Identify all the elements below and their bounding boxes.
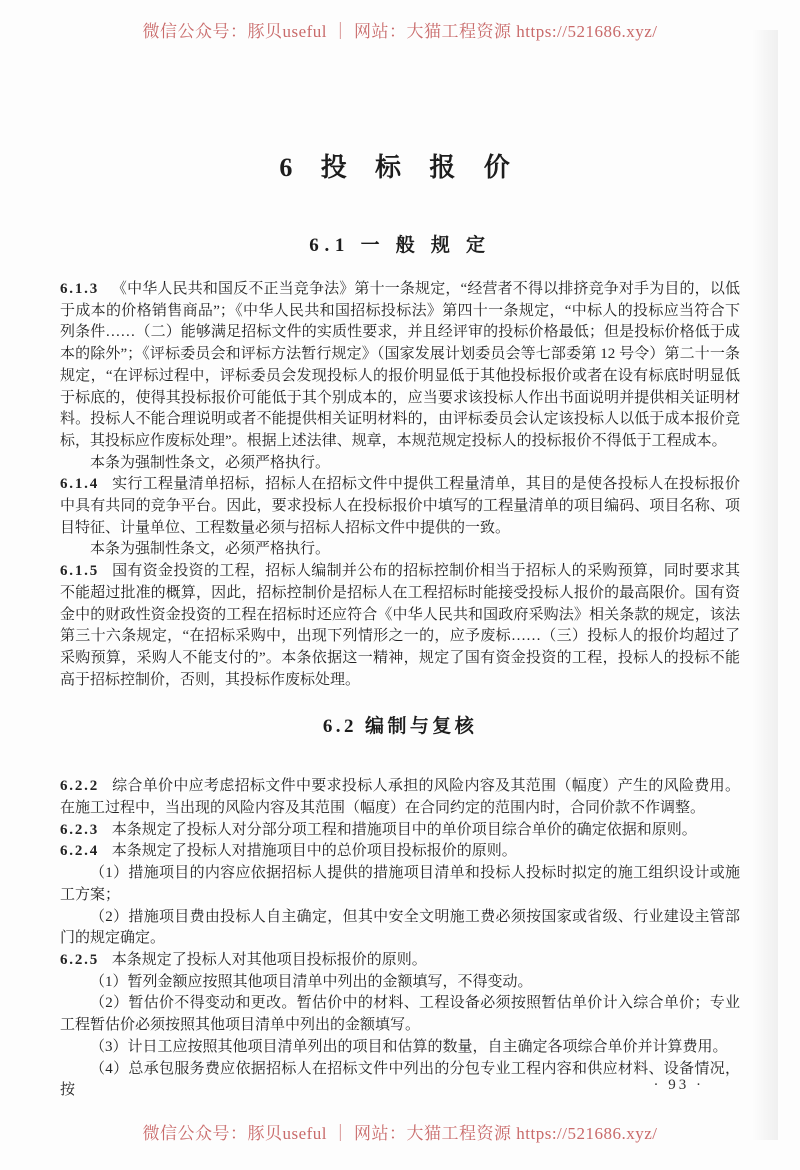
clause-text: 综合单价中应考虑招标文件中要求投标人承担的风险内容及其范围（幅度）产生的风险费用… [60,778,740,816]
subitem-2: （2）措施项目费由投标人自主确定，但其中安全文明施工费必须按国家或省级、行业建设… [60,907,740,950]
subitem-3: （3）计日工应按照其他项目清单列出的项目和估算的数量，自主确定各项综合单价并计算… [60,1037,740,1059]
clause-number: 6.2.3 [60,822,99,838]
clause-6-2-2: 6.2.2综合单价中应考虑招标文件中要求投标人承担的风险内容及其范围（幅度）产生… [60,776,740,819]
mandatory-note: 本条为强制性条文，必须严格执行。 [60,453,740,475]
subitem-2: （2）暂估价不得变动和更改。暂估价中的材料、工程设备必须按照暂估单价计入综合单价… [60,993,740,1036]
scanned-book-page: 微信公众号：豚贝useful ｜ 网站：大猫工程资源 https://52168… [0,0,800,1170]
clause-text: 本条规定了投标人对分部分项工程和措施项目中的单价项目综合单价的确定依据和原则。 [112,822,697,838]
clause-6-2-3: 6.2.3本条规定了投标人对分部分项工程和措施项目中的单价项目综合单价的确定依据… [60,820,740,842]
subitem-1: （1）措施项目的内容应依据招标人提供的措施项目清单和投标人投标时拟定的施工组织设… [60,863,740,906]
clause-text: 国有资金投资的工程，招标人编制并公布的招标控制价相当于招标人的采购预算，同时要求… [60,563,740,688]
clause-text: 本条规定了投标人对措施项目中的总价项目投标报价的原则。 [112,843,517,859]
page-number: · 93 · [654,1077,705,1094]
watermark-footer: 微信公众号：豚贝useful ｜ 网站：大猫工程资源 https://52168… [0,1119,800,1144]
clause-number: 6.1.3 [60,281,99,297]
subitem-1: （1）暂列金额应按照其他项目清单中列出的金额填写，不得变动。 [60,972,740,994]
subitem-4: （4）总承包服务费应依据招标人在招标文件中列出的分包专业工程内容和供应材料、设备… [60,1059,740,1102]
page-body: 6 投 标 报 价 6.1 一 般 规 定 6.1.3《中华人民共和国反不正当竞… [60,0,740,1102]
clause-text: 《中华人民共和国反不正当竞争法》第十一条规定，“经营者不得以排挤竞争对手为目的，… [60,281,740,449]
clause-6-1-5: 6.1.5国有资金投资的工程，招标人编制并公布的招标控制价相当于招标人的采购预算… [60,561,740,691]
mandatory-note: 本条为强制性条文，必须严格执行。 [60,539,740,561]
section-heading-6-2: 6.2 编制与复核 [60,711,740,738]
section-heading-6-1: 6.1 一 般 规 定 [60,230,740,257]
chapter-title: 6 投 标 报 价 [60,147,740,184]
clause-number: 6.2.2 [60,778,99,794]
clause-6-1-3: 6.1.3《中华人民共和国反不正当竞争法》第十一条规定，“经营者不得以排挤竞争对… [60,279,740,453]
clause-number: 6.2.5 [60,952,99,968]
clause-text: 实行工程量清单招标，招标人在招标文件中提供工程量清单，其目的是使各投标人在投标报… [60,476,740,535]
clause-6-2-5: 6.2.5本条规定了投标人对其他项目投标报价的原则。 [60,950,740,972]
clause-6-1-4: 6.1.4实行工程量清单招标，招标人在招标文件中提供工程量清单，其目的是使各投标… [60,474,740,539]
clause-number: 6.1.4 [60,476,99,492]
clause-text: 本条规定了投标人对其他项目投标报价的原则。 [112,952,427,968]
clause-number: 6.1.5 [60,563,99,579]
clause-number: 6.2.4 [60,843,99,859]
clause-6-2-4: 6.2.4本条规定了投标人对措施项目中的总价项目投标报价的原则。 [60,841,740,863]
